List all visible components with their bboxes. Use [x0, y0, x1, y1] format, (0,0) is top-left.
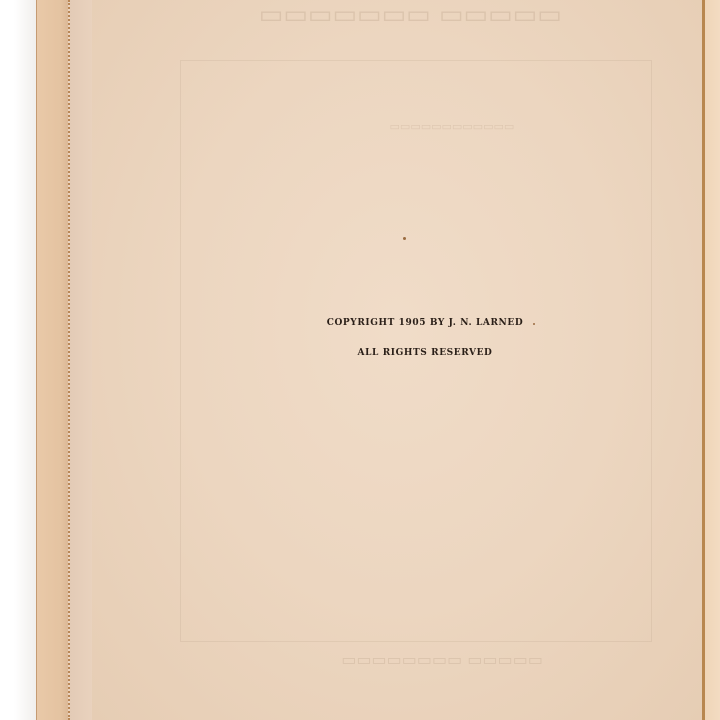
paper-speck: [403, 237, 406, 240]
copyright-line: COPYRIGHT 1905 BY J. N. LARNED: [0, 318, 720, 328]
book-page: ▭▭▭▭▭ ▭▭▭▭▭▭▭ ▭▭▭▭▭▭▭▭▭▭▭▭ ▭▭▭▭▭ ▭▭▭▭▭▭▭…: [92, 0, 704, 720]
bleed-through-publisher: ▭▭▭▭▭ ▭▭▭▭▭▭▭▭: [322, 650, 562, 669]
rights-line: ALL RIGHTS RESERVED: [0, 348, 720, 358]
facing-page-edge: [705, 0, 720, 720]
bleed-through-title: ▭▭▭▭▭ ▭▭▭▭▭▭▭: [282, 0, 562, 30]
book-photo: ▭▭▭▭▭ ▭▭▭▭▭▭▭ ▭▭▭▭▭▭▭▭▭▭▭▭ ▭▭▭▭▭ ▭▭▭▭▭▭▭…: [0, 0, 720, 720]
paper-speck: [533, 323, 535, 325]
cover-edge: [36, 0, 71, 720]
bleed-through-text: ▭▭▭▭▭▭▭▭▭▭▭▭: [352, 120, 552, 133]
